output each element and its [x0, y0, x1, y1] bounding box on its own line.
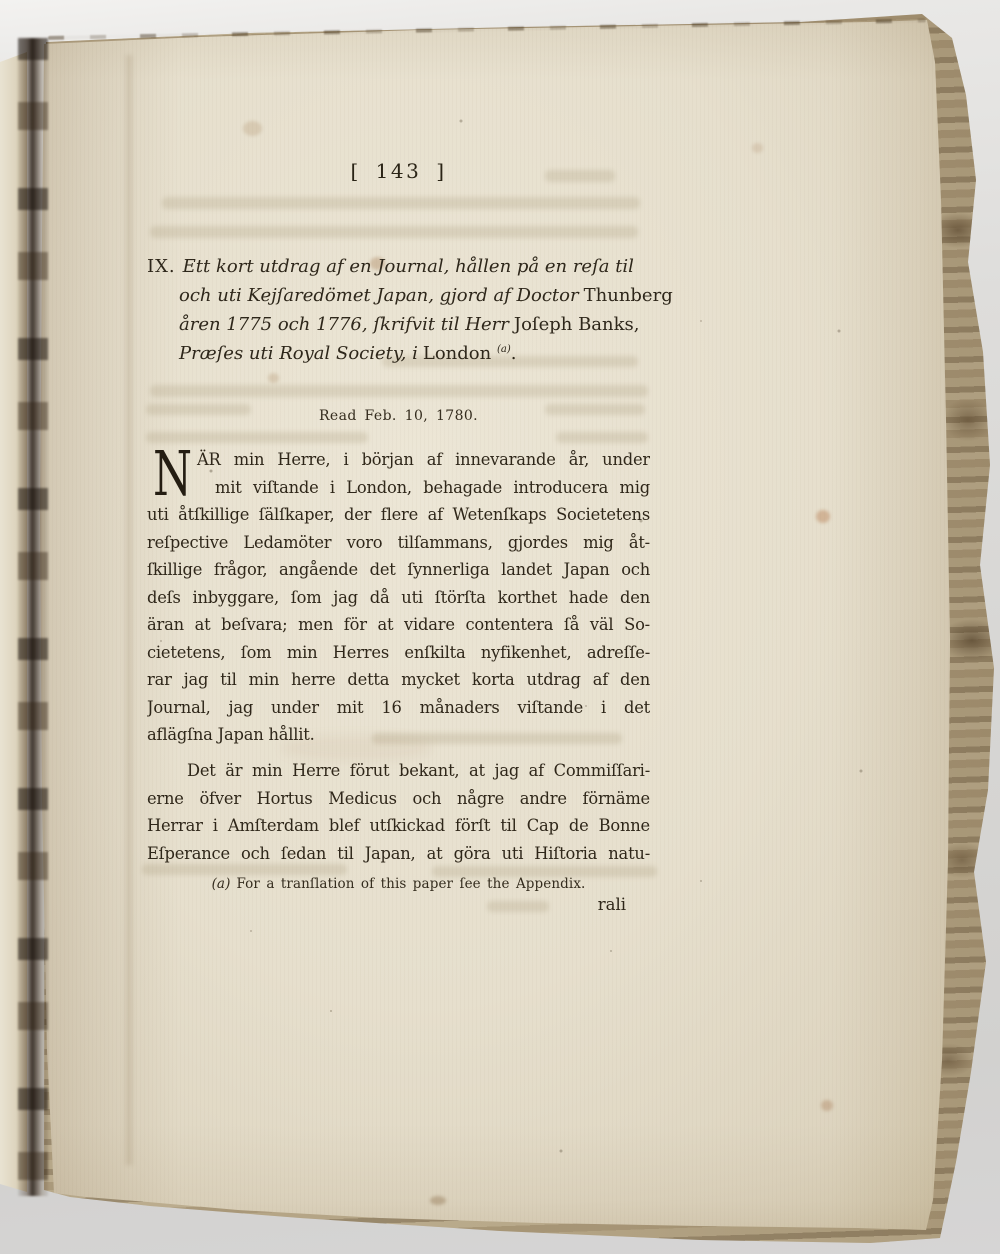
- page-number: [ 143 ]: [147, 159, 650, 183]
- footnote-text: For a tranſlation of this paper ſee the …: [236, 876, 585, 892]
- showthrough-line: [150, 226, 638, 238]
- heading-text-roman: Thunberg: [584, 285, 673, 306]
- paper-specks: [0, 0, 2, 2]
- showthrough-line: [150, 385, 648, 397]
- text-line: äran at beſvara; men för at vidare conte…: [147, 611, 650, 639]
- foxing-spot: [752, 143, 763, 153]
- heading-text: Præſes uti Royal Society, i: [179, 343, 418, 364]
- foxing-spot: [243, 121, 262, 136]
- text-line: ſkillige frågor, angående det ſynnerliga…: [147, 556, 650, 584]
- book-page: [ 143 ] IX.Ett kort utdrag af en Journal…: [0, 0, 1000, 1254]
- text-line: Herrar i Amſterdam blef utſkickad förſt …: [147, 812, 650, 840]
- book-photo-background: [ 143 ] IX.Ett kort utdrag af en Journal…: [0, 0, 1000, 1254]
- heading-text: Ett kort utdrag af en Journal, hållen på…: [183, 256, 634, 277]
- drop-cap: N: [153, 451, 192, 497]
- text-line: ÄR min Herre, i början af innevarande år…: [147, 446, 650, 474]
- read-date-line: Read Feb. 10, 1780.: [147, 408, 650, 424]
- text-line: uti åtſkillige ſälſkaper, der flere af W…: [147, 501, 650, 529]
- text-line: erne öfver Hortus Medicus och någre andr…: [147, 785, 650, 813]
- heading-text-roman: London: [423, 343, 491, 364]
- text-line: reſpective Ledamöter voro tilſammans, gj…: [147, 529, 650, 557]
- foxing-spot: [816, 510, 830, 523]
- heading-text: åren 1775 och 1776, ſkrifvit til Herr: [179, 314, 509, 335]
- text-line: mit viſtande i London, behagade introduc…: [147, 474, 650, 502]
- heading-line: IX.Ett kort utdrag af en Journal, hållen…: [147, 252, 662, 281]
- showthrough-line: [162, 197, 640, 209]
- section-number: IX.: [147, 256, 176, 277]
- text-line: aflägſna Japan hållit.: [147, 721, 650, 749]
- heading-text: och uti Kejſaredömet Japan, gjord af Doc…: [179, 285, 579, 306]
- paragraph-2: Det är min Herre förut bekant, at jag af…: [147, 757, 650, 867]
- gutter-shadow: [18, 38, 48, 1196]
- text-line: rar jag til min herre detta mycket korta…: [147, 666, 650, 694]
- footnote: (a)For a tranſlation of this paper ſee t…: [147, 876, 650, 892]
- heading-line: Præſes uti Royal Society, iLondon (a).: [147, 339, 662, 368]
- paragraph-1: ÄR min Herre, i början af innevarande år…: [147, 446, 650, 749]
- heading-line: åren 1775 och 1776, ſkrifvit til HerrJoſ…: [147, 310, 662, 339]
- page-crease: [124, 55, 134, 1165]
- heading-period: .: [511, 343, 517, 364]
- text-line: Det är min Herre förut bekant, at jag af…: [147, 757, 650, 785]
- section-heading: IX.Ett kort utdrag af en Journal, hållen…: [147, 252, 662, 368]
- heading-text-roman: Joſeph Banks,: [514, 314, 640, 335]
- text-line: Journal, jag under mit 16 månaders viſta…: [147, 694, 650, 722]
- footnote-marker: (a): [212, 876, 231, 892]
- foxing-spot: [430, 1196, 446, 1205]
- showthrough-line: [556, 432, 648, 443]
- catchword: rali: [147, 895, 650, 914]
- text-line: Eſperance och ſedan til Japan, at göra u…: [147, 840, 650, 868]
- text-line: cietetens, ſom min Herres enſkilta nyfik…: [147, 639, 650, 667]
- footnote-marker: (a): [497, 344, 511, 355]
- foxing-spot: [821, 1100, 833, 1111]
- text-line: deſs inbyggare, ſom jag då uti ſtörſta k…: [147, 584, 650, 612]
- foxing-spot: [268, 373, 279, 383]
- heading-line: och uti Kejſaredömet Japan, gjord af Doc…: [147, 281, 662, 310]
